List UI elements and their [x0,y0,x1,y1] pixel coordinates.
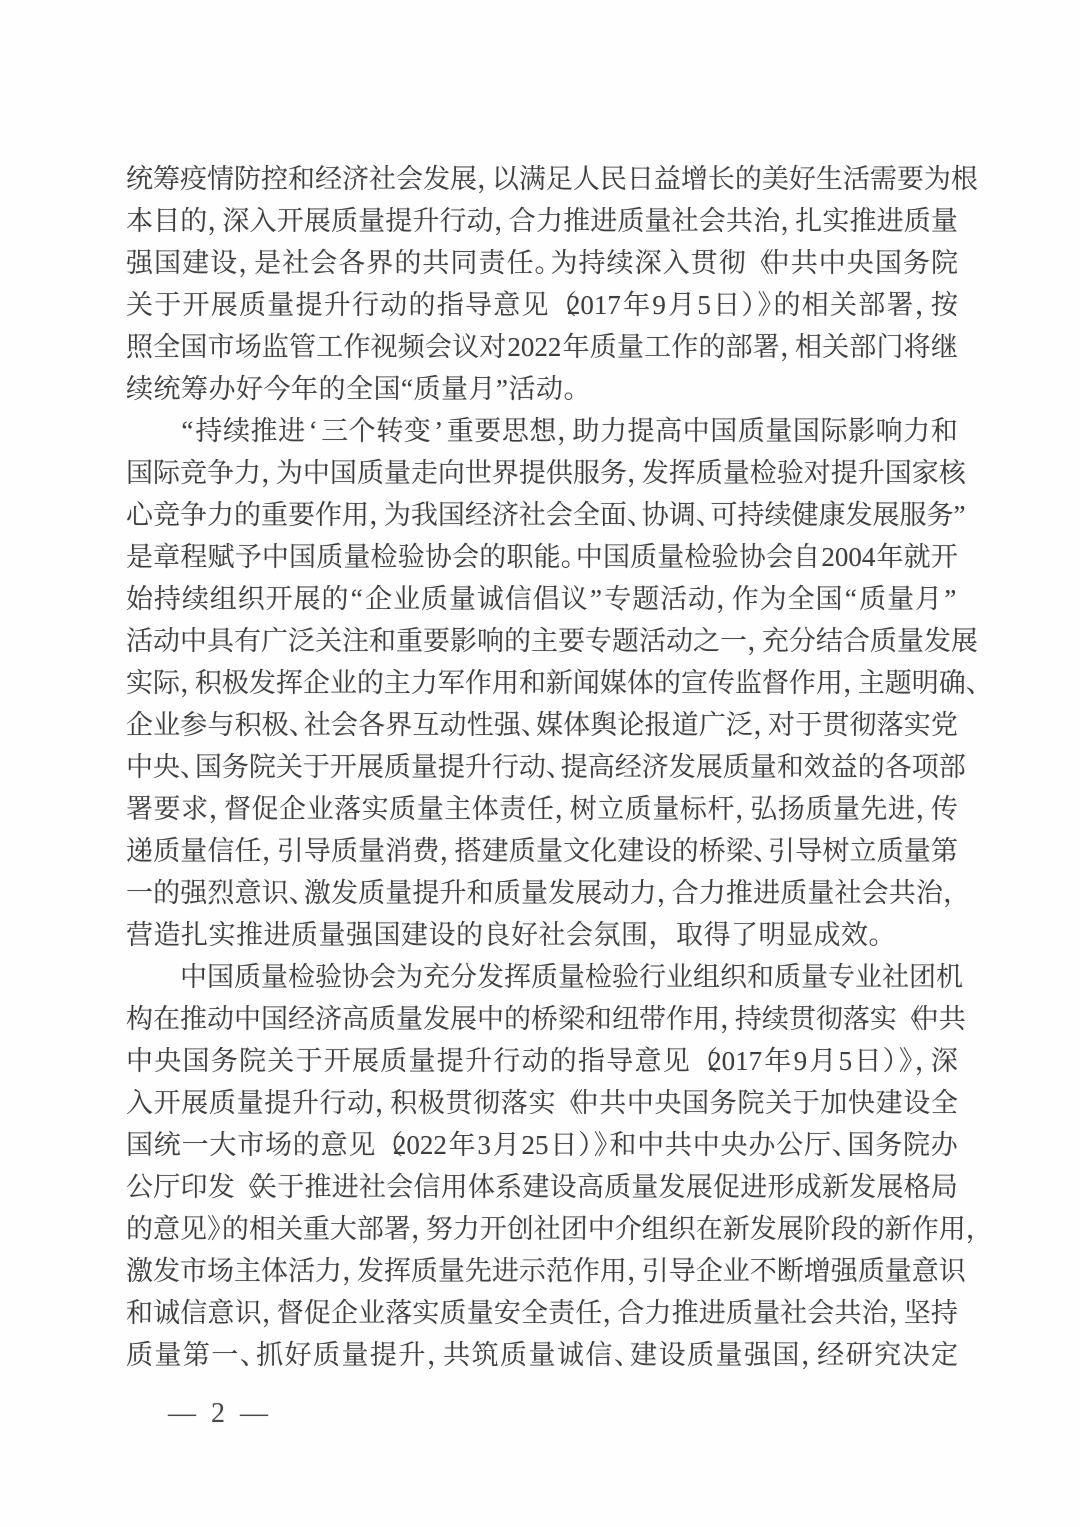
text-line: 统筹疫情防控和经济社会发展，以满足人民日益增长的美好生活需要为根 [126,158,958,200]
text-line: 心竞争力的重要作用，为我国经济社会全面、协调、可持续健康发展服务” [126,494,958,536]
paragraph: “持续推进‘三个转变’重要思想，助力提高中国质量国际影响力和国际竞争力，为中国质… [126,410,958,956]
text-line: 活动中具有广泛关注和重要影响的主要专题活动之一，充分结合质量发展 [126,620,958,662]
text-line: 署要求，督促企业落实质量主体责任，树立质量标杆，弘扬质量先进，传 [126,788,958,830]
text-line: 关于开展质量提升行动的指导意见（2017年9月5日）》的相关部署，按 [126,284,958,326]
text-line: 实际，积极发挥企业的主力军作用和新闻媒体的宣传监督作用，主题明确、 [126,662,958,704]
text-line: 企业参与积极、社会各界互动性强、媒体舆论报道广泛，对于贯彻落实党 [126,704,958,746]
text-line: 的意见》的相关重大部署，努力开创社团中介组织在新发展阶段的新作用， [126,1208,958,1250]
text-line: 和诚信意识，督促企业落实质量安全责任，合力推进质量社会共治，坚持 [126,1292,958,1334]
text-line: 国际竞争力，为中国质量走向世界提供服务，发挥质量检验对提升国家核 [126,452,958,494]
page-number: — 2 — [168,1398,272,1430]
text-line: 照全国市场监管工作视频会议对2022年质量工作的部署，相关部门将继 [126,326,958,368]
text-line: 公厅印发《关于推进社会信用体系建设高质量发展促进形成新发展格局 [126,1166,958,1208]
text-line: 递质量信任，引导质量消费，搭建质量文化建设的桥梁、引导树立质量第 [126,830,958,872]
paragraph: 中国质量检验协会为充分发挥质量检验行业组织和质量专业社团机构在推动中国经济高质量… [126,956,958,1376]
text-line: 国统一大市场的意见（2022年3月25日）》和中共中央办公厅、国务院办 [126,1124,958,1166]
text-line: 本目的，深入开展质量提升行动，合力推进质量社会共治，扎实推进质量 [126,200,958,242]
text-line: 中国质量检验协会为充分发挥质量检验行业组织和质量专业社团机 [126,956,958,998]
text-line: 是章程赋予中国质量检验协会的职能。中国质量检验协会自2004年就开 [126,536,958,578]
text-line: 构在推动中国经济高质量发展中的桥梁和纽带作用，持续贯彻落实《中共 [126,998,958,1040]
text-line: 中央国务院关于开展质量提升行动的指导意见（2017年9月5日）》，深 [126,1040,958,1082]
text-line: 始持续组织开展的“企业质量诚信倡议”专题活动，作为全国“质量月” [126,578,958,620]
text-line: 质量第一、抓好质量提升，共筑质量诚信、建设质量强国，经研究决定 [126,1334,958,1376]
text-line: 强国建设，是社会各界的共同责任。为持续深入贯彻《中共中央国务院 [126,242,958,284]
text-line: 激发市场主体活力，发挥质量先进示范作用，引导企业不断增强质量意识 [126,1250,958,1292]
document-page: 统筹疫情防控和经济社会发展，以满足人民日益增长的美好生活需要为根本目的，深入开展… [0,0,1080,1527]
document-body: 统筹疫情防控和经济社会发展，以满足人民日益增长的美好生活需要为根本目的，深入开展… [126,158,958,1376]
text-line: 营造扎实推进质量强国建设的良好社会氛围，取得了明显成效。 [126,914,958,956]
paragraph: 统筹疫情防控和经济社会发展，以满足人民日益增长的美好生活需要为根本目的，深入开展… [126,158,958,410]
text-line: 一的强烈意识、激发质量提升和质量发展动力，合力推进质量社会共治， [126,872,958,914]
text-line: 中央、国务院关于开展质量提升行动、提高经济发展质量和效益的各项部 [126,746,958,788]
text-line: 续统筹办好今年的全国“质量月”活动。 [126,368,958,410]
text-line: “持续推进‘三个转变’重要思想，助力提高中国质量国际影响力和 [126,410,958,452]
text-line: 入开展质量提升行动，积极贯彻落实《中共中央国务院关于加快建设全 [126,1082,958,1124]
